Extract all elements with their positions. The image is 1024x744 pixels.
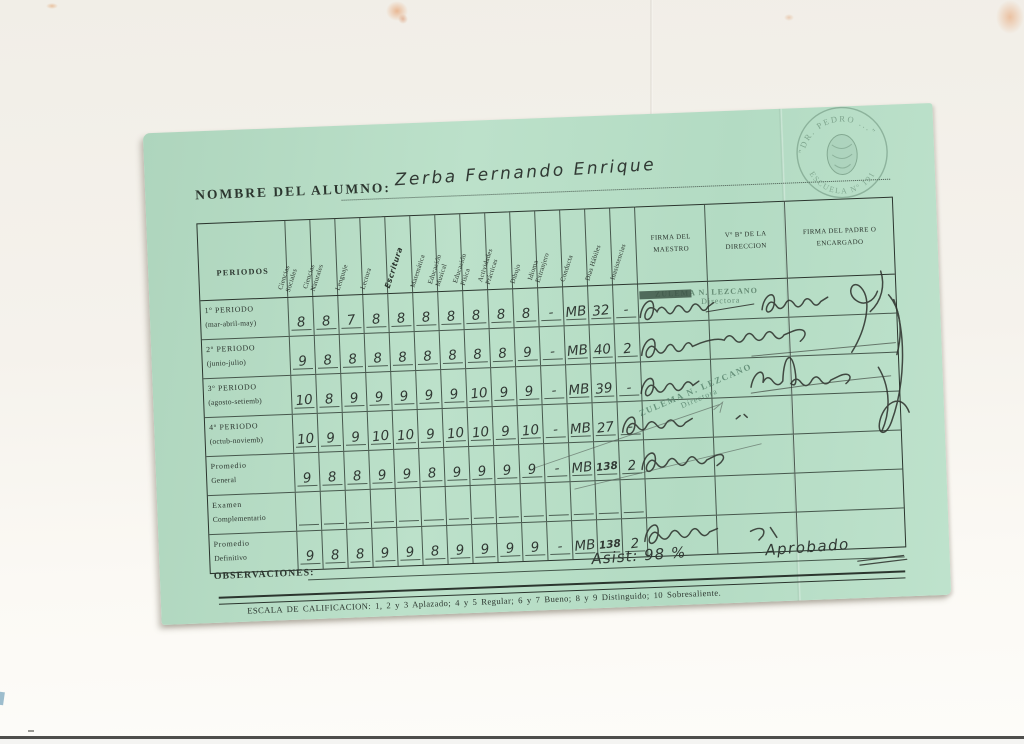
signature-column-header: Vº Bº DE LA DIRECCION bbox=[705, 202, 788, 281]
grade-cell: 8 bbox=[363, 294, 389, 333]
grade-cell: 9 bbox=[290, 336, 316, 375]
signature-cell bbox=[788, 275, 896, 317]
signature-column-header: FIRMA DEL PADRE O ENCARGADO bbox=[785, 198, 895, 278]
period-row-label: PromedioDefinitivo bbox=[209, 532, 298, 573]
grade-cell: - bbox=[613, 284, 639, 323]
grade-cell: 9 bbox=[469, 446, 495, 485]
grade-cell: - bbox=[544, 443, 570, 482]
grade-cell: MB bbox=[568, 403, 594, 442]
grade-cell: 9 bbox=[444, 447, 470, 486]
subject-column-header: Idioma Extranjero bbox=[535, 210, 563, 287]
grade-cell: 9 bbox=[343, 412, 369, 451]
period-row-label: ExamenComplementario bbox=[208, 493, 297, 534]
grade-cell: 8 bbox=[288, 297, 314, 336]
grade-cell: 8 bbox=[438, 291, 464, 330]
grade-cell: MB bbox=[569, 442, 595, 481]
signature-column-header: FIRMA DEL MAESTRO bbox=[635, 205, 708, 284]
grade-cell: 10 bbox=[518, 405, 544, 444]
grade-cell: 9 bbox=[416, 370, 442, 409]
grade-cell: 9 bbox=[391, 371, 417, 410]
signature-cell bbox=[709, 318, 790, 359]
signature-cell bbox=[794, 430, 902, 472]
grade-cell: - bbox=[543, 404, 569, 443]
grade-cell: 9 bbox=[341, 373, 367, 412]
signature-cell bbox=[714, 435, 795, 476]
grade-cell: 9 bbox=[294, 453, 320, 492]
scanned-report-card-page: NOMBRE DEL ALUMNO: Zerba Fernando Enriqu… bbox=[0, 0, 1024, 744]
grade-cell bbox=[521, 483, 547, 522]
grade-cell: 9 bbox=[515, 327, 541, 366]
period-row-label: 1º PERIODO(mar-abril-may) bbox=[200, 298, 289, 339]
signature-cell bbox=[640, 321, 711, 362]
grade-cell: 8 bbox=[490, 328, 516, 367]
signature-cell bbox=[645, 477, 716, 518]
grade-cell: 8 bbox=[390, 332, 416, 371]
grade-cell: 2 bbox=[619, 440, 645, 479]
grade-cell: 9 bbox=[519, 444, 545, 483]
grade-cell: 8 bbox=[419, 448, 445, 487]
grade-cell: 8 bbox=[313, 296, 339, 335]
grade-cell: 8 bbox=[340, 334, 366, 373]
grade-cell: 9 bbox=[418, 409, 444, 448]
grade-cell: 9 bbox=[318, 413, 344, 452]
period-row-label: 3º PERIODO(agosto-setiemb) bbox=[203, 376, 292, 417]
grade-cell: 9 bbox=[494, 445, 520, 484]
scan-smudge bbox=[996, 0, 1024, 34]
grade-cell bbox=[421, 487, 447, 526]
grade-cell bbox=[346, 490, 372, 529]
grade-cell: 27 bbox=[593, 402, 619, 441]
scan-smudge bbox=[784, 14, 794, 21]
grade-cell: 8 bbox=[415, 331, 441, 370]
grade-cell: 9 bbox=[516, 366, 542, 405]
grade-cell: 9 bbox=[394, 449, 420, 488]
grade-cell: MB bbox=[565, 325, 591, 364]
grade-cell: 10 bbox=[368, 411, 394, 450]
grade-cell bbox=[371, 489, 397, 528]
grade-cell: - bbox=[538, 287, 564, 326]
period-row-label: PromedioGeneral bbox=[206, 454, 295, 495]
grade-cell: 7 bbox=[338, 295, 364, 334]
school-round-stamp: "DR. PEDRO ..." ESCUELA Nº 191 bbox=[780, 100, 904, 209]
grade-cell: 9 bbox=[366, 372, 392, 411]
subject-column-header: Días Hábiles bbox=[585, 208, 613, 285]
grade-cell bbox=[296, 492, 322, 531]
grade-cell bbox=[321, 491, 347, 530]
grade-cell: MB bbox=[566, 364, 592, 403]
grade-cell bbox=[571, 481, 597, 520]
grade-cell bbox=[546, 482, 572, 521]
grade-cell: 8 bbox=[413, 292, 439, 331]
subject-column-header: Inasistencias bbox=[610, 208, 638, 285]
grade-cell: 138 bbox=[594, 441, 620, 480]
grade-cell: - bbox=[616, 362, 642, 401]
grade-cell: 8 bbox=[440, 330, 466, 369]
grade-cell: 8 bbox=[388, 293, 414, 332]
grade-cell bbox=[396, 488, 422, 527]
subject-column-header: Conducta bbox=[560, 209, 588, 286]
report-card: NOMBRE DEL ALUMNO: Zerba Fernando Enriqu… bbox=[143, 103, 951, 625]
grade-cell: 9 bbox=[441, 369, 467, 408]
period-row-label: 2º PERIODO(junio-julio) bbox=[202, 337, 291, 378]
grade-cell: 32 bbox=[588, 285, 614, 324]
grade-cell: 8 bbox=[316, 374, 342, 413]
grade-cell: 9 bbox=[491, 367, 517, 406]
grade-cell: - bbox=[541, 365, 567, 404]
signature-cell bbox=[789, 314, 897, 356]
grade-cell: 10 bbox=[466, 368, 492, 407]
subject-column-header: Ciencias Naturales bbox=[310, 219, 338, 296]
signature-cell bbox=[644, 438, 715, 479]
subject-column-header: Actividades Prácticas bbox=[485, 212, 513, 289]
grade-cell: 10 bbox=[293, 414, 319, 453]
grade-cell: 10 bbox=[393, 410, 419, 449]
scan-smudge bbox=[398, 14, 408, 24]
grade-cell: - bbox=[540, 326, 566, 365]
grade-cell bbox=[446, 486, 472, 525]
grade-cell: 40 bbox=[590, 324, 616, 363]
grade-cell: 9 bbox=[493, 406, 519, 445]
grade-cell bbox=[496, 484, 522, 523]
grade-cell: 8 bbox=[463, 290, 489, 329]
subject-column-header: Lenguaje bbox=[335, 218, 363, 295]
grade-cell: 2 bbox=[615, 323, 641, 362]
signature-cell bbox=[792, 391, 900, 433]
grade-cell: 8 bbox=[319, 452, 345, 491]
periods-column-header: PERIODOS bbox=[197, 221, 288, 300]
grade-cell: MB bbox=[563, 286, 589, 325]
grade-cell: 8 bbox=[465, 329, 491, 368]
period-row-label: 4º PERIODO(octub-noviemb) bbox=[205, 415, 294, 456]
grade-cell: 8 bbox=[365, 333, 391, 372]
grade-cell bbox=[471, 485, 497, 524]
grade-cell: 10 bbox=[443, 408, 469, 447]
grade-cell bbox=[596, 480, 622, 519]
scanner-edge-below bbox=[0, 739, 1024, 744]
scan-smudge bbox=[46, 3, 58, 9]
blue-ink-mark bbox=[0, 692, 5, 706]
signature-cell bbox=[795, 469, 903, 511]
grade-cell: 39 bbox=[591, 363, 617, 402]
grade-cell: 8 bbox=[315, 335, 341, 374]
subject-column-header: Escritura bbox=[385, 216, 413, 293]
signature-cell bbox=[715, 474, 796, 515]
grade-cell: 8 bbox=[488, 289, 514, 328]
signature-cell bbox=[712, 396, 793, 437]
scan-speck bbox=[28, 730, 34, 732]
grade-cell: 10 bbox=[291, 375, 317, 414]
scan-smudge bbox=[386, 1, 408, 21]
grade-cell: 9 bbox=[369, 450, 395, 489]
grade-cell: 10 bbox=[468, 407, 494, 446]
paper-crease bbox=[650, 0, 653, 122]
grade-cell: 8 bbox=[344, 451, 370, 490]
grades-table: PERIODOS Ciencias SocialesCiencias Natur… bbox=[196, 197, 906, 574]
grade-cell bbox=[621, 479, 647, 518]
signature-cell bbox=[791, 353, 899, 395]
grade-cell: 8 bbox=[513, 288, 539, 327]
